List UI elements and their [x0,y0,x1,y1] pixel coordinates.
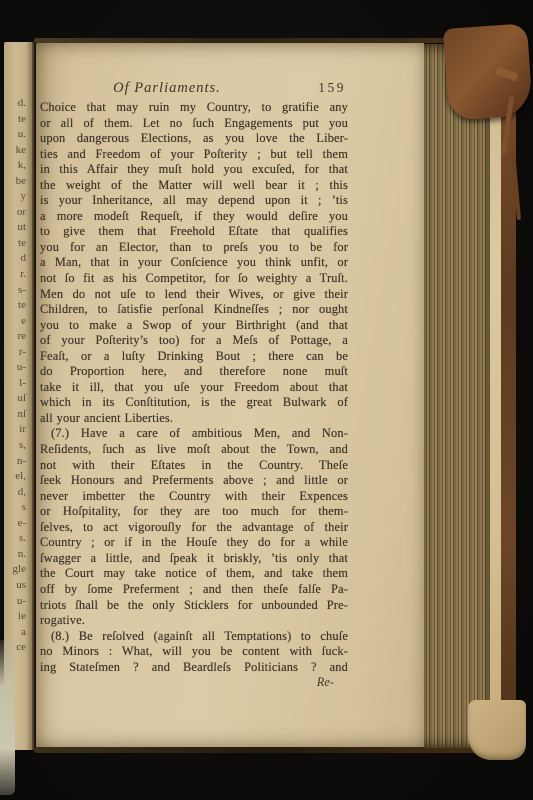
gutter-fragment: be [4,174,30,190]
text-line: (8.) Be reſolved (againſt all Temptation… [40,629,348,645]
text-line: the Court may take notice of them, and t… [40,566,348,582]
gutter-fragment: u- [4,594,30,610]
gutter-fragment: d [4,251,30,267]
text-line: never imbetter the Country with their Ex… [40,489,348,505]
gutter-fragment: s [4,500,30,516]
text-line: triots ſhall be the only Sticklers for u… [40,598,348,614]
gutter-fragment: s- [4,283,30,299]
text-line: a Man, that in your Conſcience you think… [40,255,348,271]
page-number: 159 [318,80,346,96]
gutter-fragment: y [4,189,30,205]
gutter-fragments: d.teu.kek,beyoruttedr.s-teerer-u-l-uſnſi… [4,96,30,656]
text-line: rogative. [40,613,348,629]
text-line: ing Stateſmen ? and Beardleſs Politician… [40,660,348,676]
running-title: Of Parliaments. [40,80,294,97]
gutter-fragment: ie [4,609,30,625]
gutter-fragment: te [4,298,30,314]
text-line: you to make a Swop of your Birthright (a… [40,318,348,334]
gutter-fragment: a [4,625,30,641]
gutter-fragment: d. [4,96,30,112]
text-line: ſwagger a little, and ſpeak it briskly, … [40,551,348,567]
gutter-fragment: k, [4,158,30,174]
leather-corner-top [443,23,533,121]
body-text: Choice that may ruin my Country, to grat… [40,100,348,675]
text-line: take it ill, that you uſe your Freedom a… [40,380,348,396]
text-line: a more modeſt Requeſt, if they would deſ… [40,209,348,225]
text-line: you for an Elector, than to preſs you to… [40,240,348,256]
text-line: to give them that Freehold Eſtate that q… [40,224,348,240]
gutter-fragment: d, [4,485,30,501]
book-page: Of Parliaments. 159 Choice that may ruin… [36,42,424,750]
gutter-fragment: e- [4,516,30,532]
text-line: Children, to ſatisfie perſonal Kindneſſe… [40,302,348,318]
text-line: in this Affair they muſt hold you excuſe… [40,162,348,178]
gutter-fragment: s. [4,531,30,547]
gutter-fragment: or [4,205,30,221]
gutter-fragment: ke [4,143,30,159]
text-line: or all of them. Let no ſuch Engagements … [40,116,348,132]
text-line: Country ; or if in the Houſe they do for… [40,535,348,551]
text-line: do Proportion here, and therefore none m… [40,364,348,380]
text-line: which in its Conſtitution, is the great … [40,395,348,411]
text-line: of your Poſterity’s too) for a Meſs of P… [40,333,348,349]
text-line: no Minors : What, will you be content wi… [40,644,348,660]
text-line: ties and Freedom of your Poſterity ; but… [40,147,348,163]
gutter-fragment: n- [4,454,30,470]
gutter-fragment: te [4,236,30,252]
text-line: not with their Eſtates in the Country. T… [40,458,348,474]
text-line: Men do not uſe to lend their Wives, or g… [40,287,348,303]
fore-edge-highlight [490,48,501,746]
paragraph: (8.) Be reſolved (againſt all Temptation… [40,629,348,676]
catchword: Re- [40,675,348,691]
gutter-fragment: re [4,329,30,345]
text-line: ſeek Honours and Preferments above ; and… [40,473,348,489]
gutter-fragment: nſ [4,407,30,423]
text-line: Feaſt, or a luſty Drinking Bout ; there … [40,349,348,365]
gutter-fragment: gle [4,562,30,578]
gutter-fragment: ut [4,220,30,236]
gutter-fragment: r. [4,267,30,283]
fore-edge-pages [424,44,490,748]
text-line: or Hoſpitality, for they are too much fo… [40,504,348,520]
background-sliver [0,640,15,795]
gutter-fragment: uſ [4,391,30,407]
paragraph: Choice that may ruin my Country, to grat… [40,100,348,426]
gutter-fragment: ir [4,422,30,438]
text-line: (7.) Have a care of ambitious Men, and N… [40,426,348,442]
page-corner-bottom [468,700,526,760]
page-top-edge [34,38,506,43]
text-line: not ſo fit as his Competitor, for ſo wei… [40,271,348,287]
text-line: all your ancient Liberties. [40,411,348,427]
text-block: Of Parliaments. 159 Choice that may ruin… [40,80,348,691]
text-line: upon dangerous Elections, as you love th… [40,131,348,147]
text-line: Choice that may ruin my Country, to grat… [40,100,348,116]
gutter-fragment: l- [4,376,30,392]
gutter-fragment: el, [4,469,30,485]
gutter-fragment: r- [4,345,30,361]
gutter-fragment: s, [4,438,30,454]
text-line: Reſidents, ſuch as live moſt about the T… [40,442,348,458]
gutter-fragment: u. [4,127,30,143]
gutter-fragment: u- [4,360,30,376]
gutter-fragment: n. [4,547,30,563]
gutter-fragment: te [4,112,30,128]
text-line: ſelves, to act vigorouſly for the advant… [40,520,348,536]
gutter-fragment: e [4,314,30,330]
gutter-fragment: us [4,578,30,594]
paragraph: (7.) Have a care of ambitious Men, and N… [40,426,348,628]
text-line: is your Inheritance, all may depend upon… [40,193,348,209]
text-line: the weight of the Matter will well bear … [40,178,348,194]
text-line: off by ſome Preferment ; and then theſe … [40,582,348,598]
photo-background: d.teu.kek,beyoruttedr.s-teerer-u-l-uſnſi… [0,0,533,800]
page-header: Of Parliaments. 159 [40,80,348,98]
